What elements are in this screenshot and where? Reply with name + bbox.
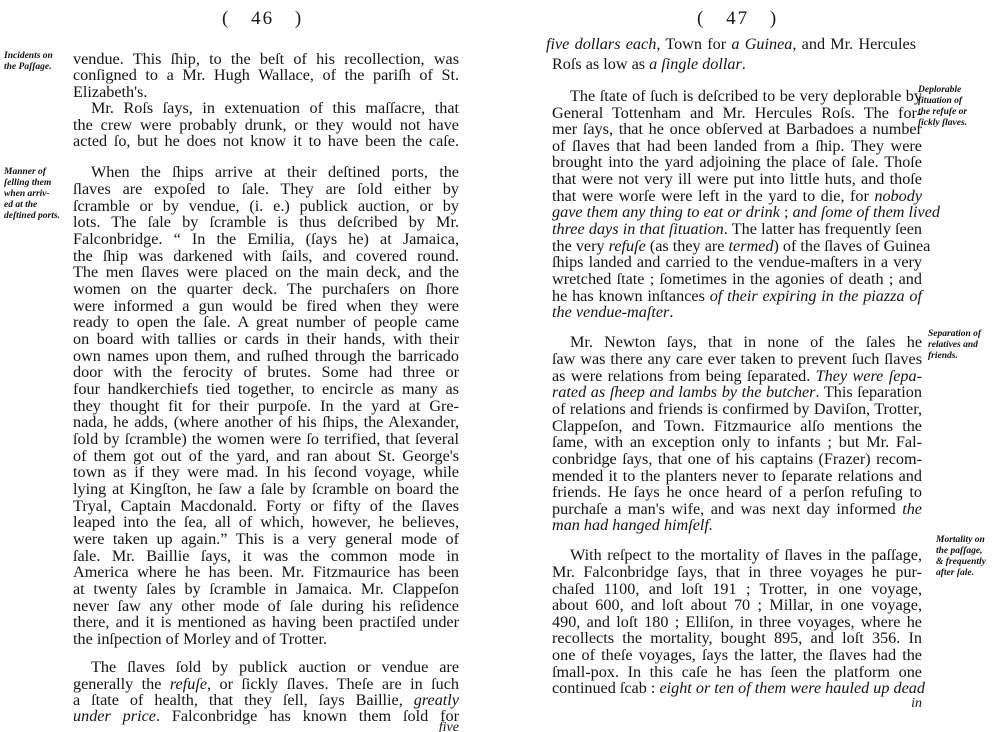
margin-note-manner-of-selling: Manner of ſelling them when arriv- ed at… bbox=[4, 167, 60, 222]
text-line: Roſs as low as a ſingle dollar. bbox=[552, 54, 922, 74]
margin-note-incidents: Incidents on the Paſſage. bbox=[4, 51, 53, 73]
margin-note-mortality: Mortality on the paſſage, & frequently a… bbox=[936, 535, 986, 579]
left-page: ( 46 ) Incidents on the Paſſage. Manner … bbox=[0, 0, 500, 732]
text-line: the vendue-maſter. bbox=[552, 302, 922, 322]
text-line: man had hanged himſelf. bbox=[552, 515, 922, 535]
page-number: ( 47 ) bbox=[697, 8, 778, 30]
right-page: ( 47 ) Deplorable ſituation of the refuſ… bbox=[500, 0, 1000, 732]
text-line: the inſpection of Morley and of Trotter. bbox=[73, 629, 459, 649]
margin-note-separation: Separation of relatives and friends. bbox=[928, 329, 981, 362]
text-line: acted ſo, but he does not know it to hav… bbox=[73, 131, 459, 151]
margin-note-deplorable-situation: Deplorable ſituation of the refuſe or ſi… bbox=[918, 85, 967, 129]
catchword: in bbox=[552, 694, 922, 714]
text-line: five dollars each, Town for a Guinea, an… bbox=[546, 34, 916, 54]
catchword: five bbox=[73, 718, 459, 732]
page-number: ( 46 ) bbox=[222, 8, 303, 30]
